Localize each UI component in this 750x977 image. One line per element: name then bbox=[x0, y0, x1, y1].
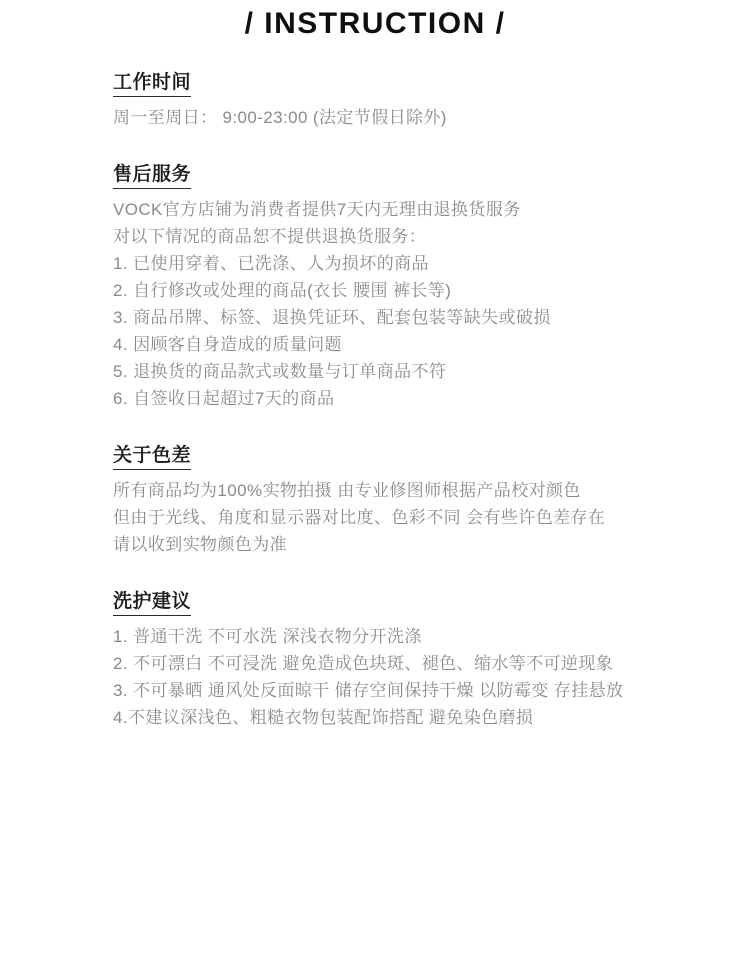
list-item: 3. 不可暴晒 通风处反面晾干 储存空间保持干燥 以防霉变 存挂悬放 bbox=[113, 677, 660, 704]
list-item: 2. 自行修改或处理的商品(衣长 腰围 裤长等) bbox=[113, 277, 660, 304]
text-line: 请以收到实物颜色为准 bbox=[113, 531, 660, 558]
list-item: 2. 不可漂白 不可浸洗 避免造成色块斑、褪色、缩水等不可逆现象 bbox=[113, 650, 660, 677]
text-line: VOCK官方店铺为消费者提供7天内无理由退换货服务 bbox=[113, 196, 660, 223]
text-line: 周一至周日： 9:00-23:00 (法定节假日除外) bbox=[113, 104, 660, 131]
instruction-content: 工作时间 周一至周日： 9:00-23:00 (法定节假日除外) 售后服务 VO… bbox=[0, 70, 750, 731]
section-washing-care: 洗护建议 1. 普通干洗 不可水洗 深浅衣物分开洗涤 2. 不可漂白 不可浸洗 … bbox=[113, 589, 660, 731]
page-title: / INSTRUCTION / bbox=[0, 0, 750, 43]
section-heading-after-sales: 售后服务 bbox=[113, 162, 191, 189]
list-item: 1. 已使用穿着、已洗涤、人为损坏的商品 bbox=[113, 250, 660, 277]
section-color-difference: 关于色差 所有商品均为100%实物拍摄 由专业修图师根据产品校对颜色 但由于光线… bbox=[113, 443, 660, 558]
section-heading-washing-care: 洗护建议 bbox=[113, 589, 191, 616]
instruction-page: / INSTRUCTION / 工作时间 周一至周日： 9:00-23:00 (… bbox=[0, 0, 750, 977]
list-item: 6. 自签收日起超过7天的商品 bbox=[113, 385, 660, 412]
list-item: 1. 普通干洗 不可水洗 深浅衣物分开洗涤 bbox=[113, 623, 660, 650]
list-item: 4.不建议深浅色、粗糙衣物包装配饰搭配 避免染色磨损 bbox=[113, 704, 660, 731]
list-item: 3. 商品吊牌、标签、退换凭证环、配套包装等缺失或破损 bbox=[113, 304, 660, 331]
text-line: 对以下情况的商品恕不提供退换货服务： bbox=[113, 223, 660, 250]
section-working-hours: 工作时间 周一至周日： 9:00-23:00 (法定节假日除外) bbox=[113, 70, 660, 131]
list-item: 5. 退换货的商品款式或数量与订单商品不符 bbox=[113, 358, 660, 385]
text-line: 但由于光线、角度和显示器对比度、色彩不同 会有些许色差存在 bbox=[113, 504, 660, 531]
section-heading-working-hours: 工作时间 bbox=[113, 70, 191, 97]
list-item: 4. 因顾客自身造成的质量问题 bbox=[113, 331, 660, 358]
text-line: 所有商品均为100%实物拍摄 由专业修图师根据产品校对颜色 bbox=[113, 477, 660, 504]
section-after-sales: 售后服务 VOCK官方店铺为消费者提供7天内无理由退换货服务 对以下情况的商品恕… bbox=[113, 162, 660, 412]
section-heading-color-difference: 关于色差 bbox=[113, 443, 191, 470]
